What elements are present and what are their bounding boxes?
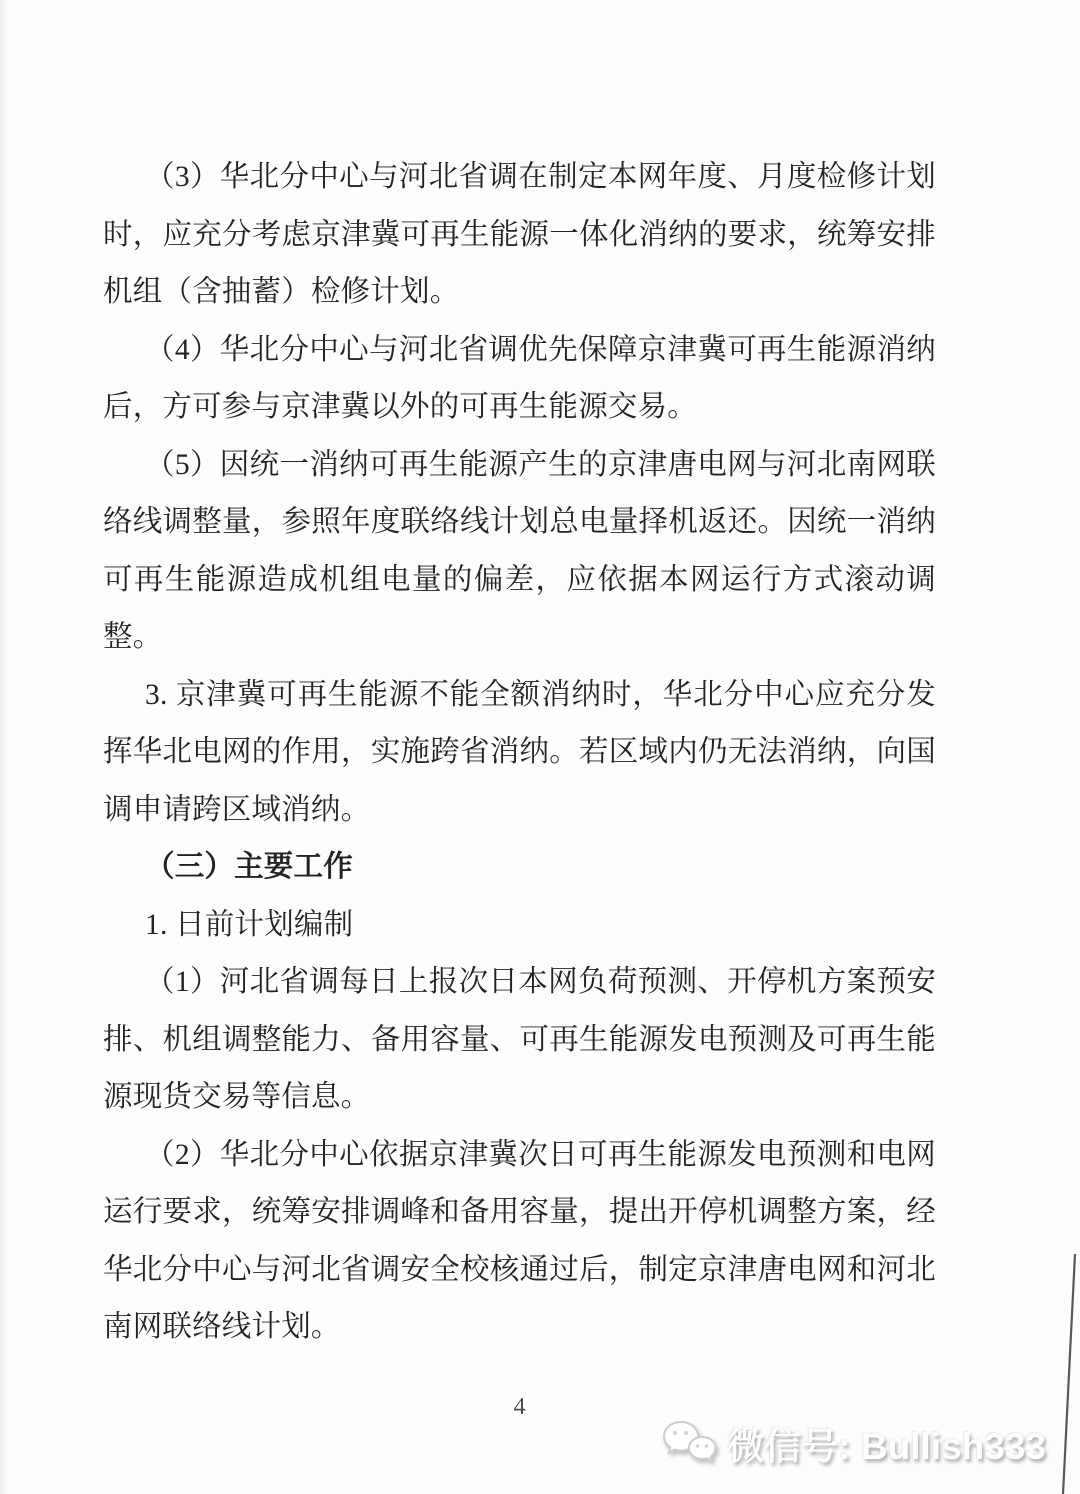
paragraph-item-3: （3）华北分中心与河北省调在制定本网年度、月度检修计划时，应充分考虑京津冀可再生…	[103, 149, 936, 322]
wechat-watermark: 微信号: Bullish333	[661, 1416, 1046, 1470]
document-body: （3）华北分中心与河北省调在制定本网年度、月度检修计划时，应充分考虑京津冀可再生…	[103, 149, 936, 1357]
paragraph-point-3: 3. 京津冀可再生能源不能全额消纳时，华北分中心应充分发挥华北电网的作用，实施跨…	[103, 667, 936, 840]
watermark-label: 微信号: Bullish333	[727, 1416, 1046, 1470]
document-page: （3）华北分中心与河北省调在制定本网年度、月度检修计划时，应充分考虑京津冀可再生…	[0, 0, 1080, 1494]
scan-edge-shading	[0, 0, 9, 1494]
wechat-icon	[661, 1419, 717, 1467]
section-heading-main-work: （三）主要工作	[103, 839, 936, 897]
paragraph-item-2: （2）华北分中心依据京津冀次日可再生能源发电预测和电网运行要求，统筹安排调峰和备…	[103, 1127, 936, 1357]
paragraph-item-4: （4）华北分中心与河北省调优先保障京津冀可再生能源消纳后，方可参与京津冀以外的可…	[103, 322, 936, 437]
scan-artifact-line	[1056, 1254, 1080, 1494]
paragraph-item-1: （1）河北省调每日上报次日本网负荷预测、开停机方案预安排、机组调整能力、备用容量…	[103, 954, 936, 1127]
subsection-heading-day-ahead-plan: 1. 日前计划编制	[103, 897, 936, 955]
paragraph-item-5: （5）因统一消纳可再生能源产生的京津唐电网与河北南网联络线调整量，参照年度联络线…	[103, 437, 936, 667]
